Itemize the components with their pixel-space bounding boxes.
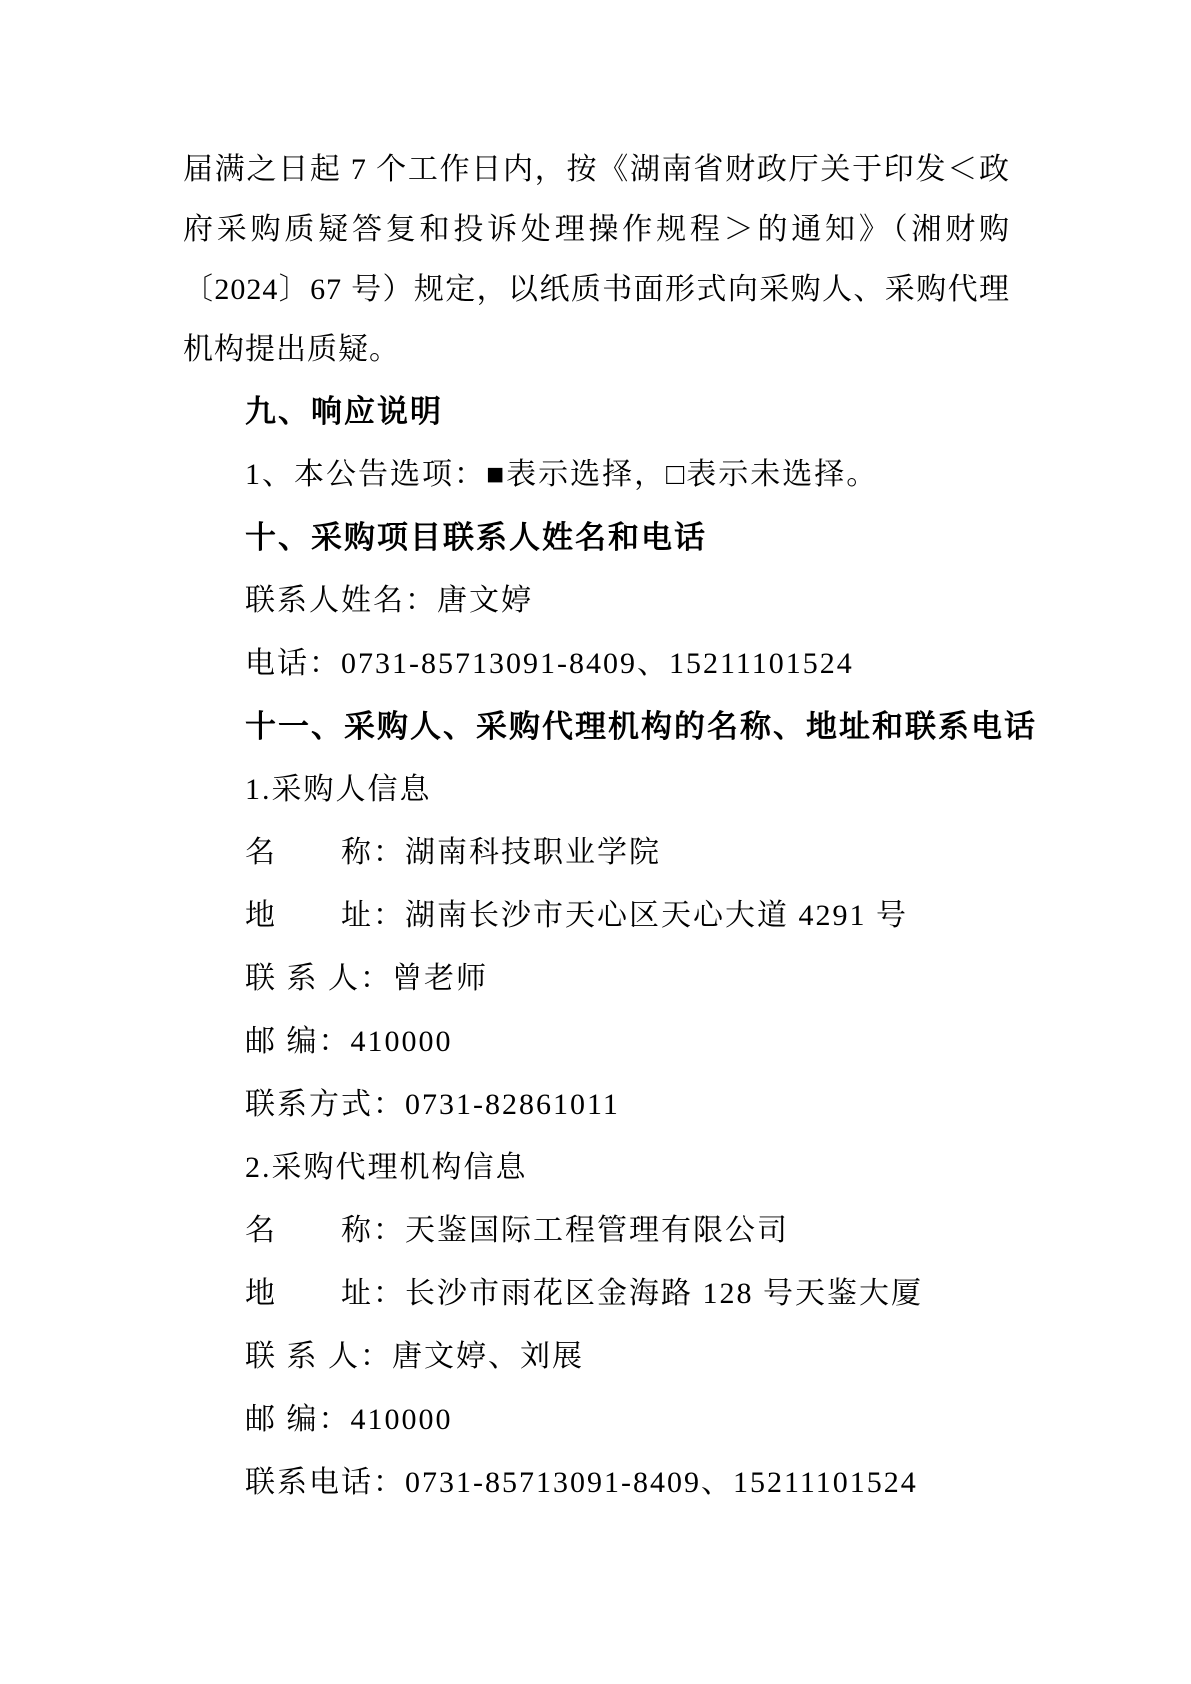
purchaser-postcode-value: 410000 [351, 1025, 453, 1058]
section-11-heading: 十一、采购人、采购代理机构的名称、地址和联系电话 [183, 695, 1010, 758]
intro-paragraph: 届满之日起 7 个工作日内，按《湖南省财政厅关于印发＜政府采购质疑答复和投诉处理… [183, 140, 1010, 380]
agency-postcode-row: 邮 编：410000 [183, 1388, 1010, 1451]
agency-postcode-value: 410000 [351, 1403, 453, 1436]
project-contact-name-row: 联系人姓名：唐文婷 [183, 569, 1010, 632]
project-contact-phone-row: 电话：0731-85713091-8409、15211101524 [183, 632, 1010, 695]
purchaser-postcode-row: 邮 编：410000 [183, 1010, 1010, 1073]
purchaser-contact-label: 联 系 人： [245, 962, 392, 995]
purchaser-info-title: 1.采购人信息 [183, 758, 1010, 821]
agency-address-value: 长沙市雨花区金海路 128 号天鉴大厦 [405, 1277, 923, 1310]
purchaser-contact-value: 曾老师 [392, 962, 488, 995]
project-contact-phone-value: 0731-85713091-8409、15211101524 [341, 647, 854, 680]
agency-name-value: 天鉴国际工程管理有限公司 [405, 1214, 789, 1247]
project-contact-name-value: 唐文婷 [437, 584, 533, 617]
purchaser-name-label: 名 称： [245, 836, 405, 869]
agency-address-label: 地 址： [245, 1277, 405, 1310]
document-page: 届满之日起 7 个工作日内，按《湖南省财政厅关于印发＜政府采购质疑答复和投诉处理… [0, 0, 1191, 1684]
purchaser-address-row: 地 址：湖南长沙市天心区天心大道 4291 号 [183, 884, 1010, 947]
purchaser-phone-label: 联系方式： [245, 1088, 405, 1121]
section-9-heading: 九、响应说明 [183, 380, 1010, 443]
purchaser-name-row: 名 称：湖南科技职业学院 [183, 821, 1010, 884]
agency-contact-row: 联 系 人：唐文婷、刘展 [183, 1325, 1010, 1388]
purchaser-phone-row: 联系方式：0731-82861011 [183, 1073, 1010, 1136]
agency-name-label: 名 称： [245, 1214, 405, 1247]
project-contact-phone-label: 电话： [245, 647, 341, 680]
purchaser-name-value: 湖南科技职业学院 [405, 836, 661, 869]
agency-phone-label: 联系电话： [245, 1466, 405, 1499]
agency-contact-value: 唐文婷、刘展 [392, 1340, 584, 1373]
agency-name-row: 名 称：天鉴国际工程管理有限公司 [183, 1199, 1010, 1262]
agency-phone-row: 联系电话：0731-85713091-8409、15211101524 [183, 1451, 1010, 1514]
agency-address-row: 地 址：长沙市雨花区金海路 128 号天鉴大厦 [183, 1262, 1010, 1325]
agency-contact-label: 联 系 人： [245, 1340, 392, 1373]
project-contact-name-label: 联系人姓名： [245, 584, 437, 617]
agency-postcode-label: 邮 编： [245, 1403, 351, 1436]
section-9-item-1: 1、本公告选项：■表示选择，□表示未选择。 [183, 443, 1010, 506]
agency-info-title: 2.采购代理机构信息 [183, 1136, 1010, 1199]
purchaser-address-label: 地 址： [245, 899, 405, 932]
purchaser-postcode-label: 邮 编： [245, 1025, 351, 1058]
purchaser-contact-row: 联 系 人：曾老师 [183, 947, 1010, 1010]
agency-phone-value: 0731-85713091-8409、15211101524 [405, 1466, 918, 1499]
purchaser-address-value: 湖南长沙市天心区天心大道 4291 号 [405, 899, 908, 932]
purchaser-phone-value: 0731-82861011 [405, 1088, 620, 1121]
section-10-heading: 十、采购项目联系人姓名和电话 [183, 506, 1010, 569]
